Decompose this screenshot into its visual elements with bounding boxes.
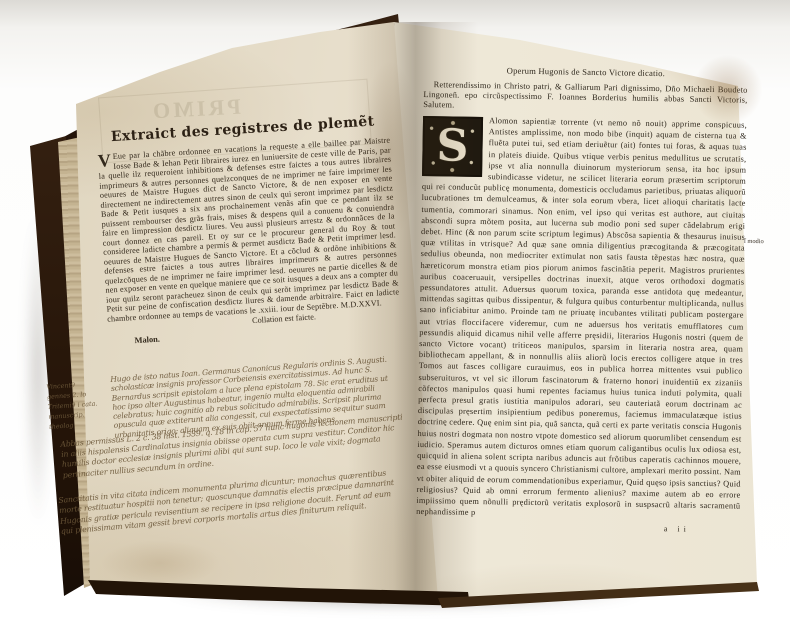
manuscript-margin-notes: Vincent9 gennes 2. lo Tritemi9 i cata. m…: [46, 378, 113, 432]
photo-of-open-book: PRIMO Extraict des registres de plemẽt V…: [0, 0, 790, 621]
show-through-text: PRIMO: [149, 94, 241, 125]
dedication-salutation: Retterendissimo in Christo patri, & Gall…: [423, 80, 747, 116]
woodcut-initial-s: S: [422, 116, 483, 177]
left-page-printed-text: Extraict des registres de plemẽt VEue pa…: [96, 113, 401, 347]
printed-margin-note: ſ modio: [744, 238, 764, 245]
dedication-body-wrap: S Alomon sapientiæ torrente (vt nemo nõ …: [416, 114, 747, 523]
dedication-title: Operum Hugonis de Sancto Victore dicatio…: [424, 64, 748, 80]
right-page-printed-text: Operum Hugonis de Sancto Victore dicatio…: [416, 64, 748, 535]
drop-cap-v: V: [97, 152, 111, 170]
woodcut-initial-letter: S: [436, 120, 469, 172]
privilege-body: VEue par la chãbre ordonnee en vacations…: [97, 136, 400, 324]
privilege-body-text: Eue par la chãbre ordonnee en vacations …: [98, 136, 399, 324]
